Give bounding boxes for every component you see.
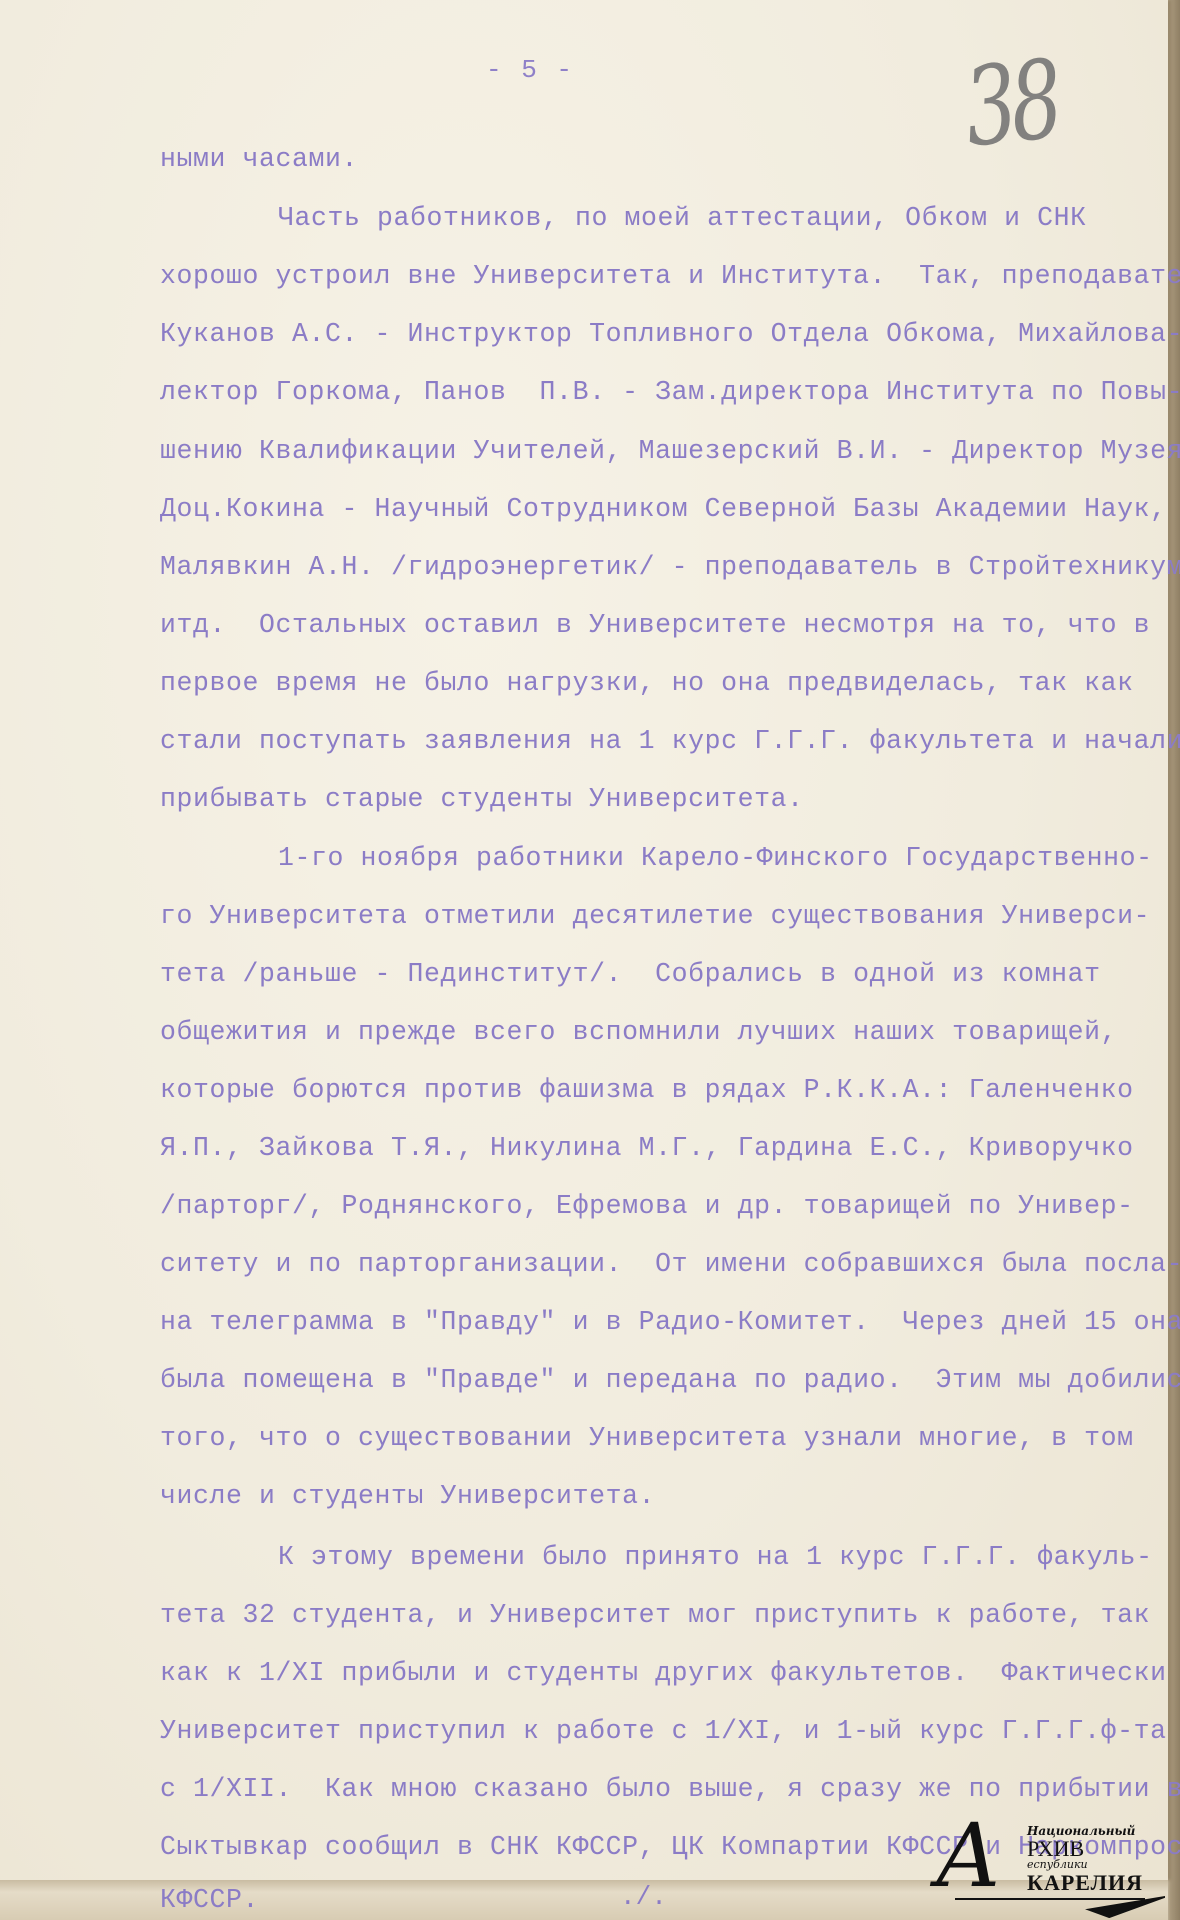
text-line: тета /раньше - Пединститут/. Собрались в… xyxy=(160,956,1101,992)
text-line: Я.П., Зайкова Т.Я., Никулина М.Г., Гарди… xyxy=(160,1130,1134,1166)
text-line: того, что о существовании Университета у… xyxy=(160,1420,1134,1456)
text-line: /парторг/, Роднянского, Ефремова и др. т… xyxy=(160,1188,1134,1224)
text-line: шению Квалификации Учителей, Машезерский… xyxy=(160,433,1180,469)
typewritten-body-tail: КФССР. xyxy=(0,0,1168,60)
text-line: Университет приступил к работе с 1/XI, и… xyxy=(160,1713,1167,1749)
text-line: Доц.Кокина - Научный Сотрудником Северно… xyxy=(160,491,1167,527)
text-line: КФССР. xyxy=(160,1882,259,1918)
text-line: на телеграмма в "Правду" и в Радио-Комит… xyxy=(160,1304,1180,1340)
typewritten-body: ными часами. Часть работников, по моей а… xyxy=(0,0,1168,960)
document-page: - 5 - 38 ными часами. Часть работников, … xyxy=(0,0,1168,1880)
text-line: с 1/XII. Как мною сказано было выше, я с… xyxy=(160,1771,1180,1807)
logo-monogram: А xyxy=(935,1812,1002,1900)
text-line: лектор Горкома, Панов П.В. - Зам.директо… xyxy=(160,374,1180,410)
closing-mark: ./. xyxy=(620,1882,667,1912)
text-line: тета 32 студента, и Университет мог прис… xyxy=(160,1597,1150,1633)
text-line: числе и студенты Университета. xyxy=(160,1478,655,1514)
text-line: го Университета отметили десятилетие сущ… xyxy=(160,898,1150,934)
text-line: ситету и по парторганизации. От имени со… xyxy=(160,1246,1180,1282)
text-line: первое время не было нагрузки, но она пр… xyxy=(160,665,1134,701)
text-line: которые борются против фашизма в рядах Р… xyxy=(160,1072,1134,1108)
text-line: ными часами. xyxy=(160,141,358,177)
text-line: прибывать старые студенты Университета. xyxy=(160,781,804,817)
text-line: Куканов А.С. - Инструктор Топливного Отд… xyxy=(160,316,1180,352)
text-line: 1-го ноября работники Карело-Финского Го… xyxy=(278,840,1153,876)
text-line: общежития и прежде всего вспомнили лучши… xyxy=(160,1014,1117,1050)
text-line: Малявкин А.Н. /гидроэнергетик/ - препода… xyxy=(160,549,1180,585)
text-line: была помещена в "Правде" и передана по р… xyxy=(160,1362,1180,1398)
text-line: хорошо устроил вне Университета и Инстит… xyxy=(160,258,1180,294)
logo-line-karelia: КАРЕЛИЯ xyxy=(1027,1870,1143,1896)
text-line: стали поступать заявления на 1 курс Г.Г.… xyxy=(160,723,1180,759)
text-line: Часть работников, по моей аттестации, Об… xyxy=(278,200,1087,236)
logo-underline xyxy=(955,1898,1145,1900)
archive-watermark-logo: А Национальный РХИВ еспублики КАРЕЛИЯ xyxy=(935,1818,1165,1918)
text-line: итд. Остальных оставил в Университете не… xyxy=(160,607,1150,643)
text-line: К этому времени было принято на 1 курс Г… xyxy=(278,1539,1153,1575)
text-line: как к 1/XI прибыли и студенты других фак… xyxy=(160,1655,1167,1691)
